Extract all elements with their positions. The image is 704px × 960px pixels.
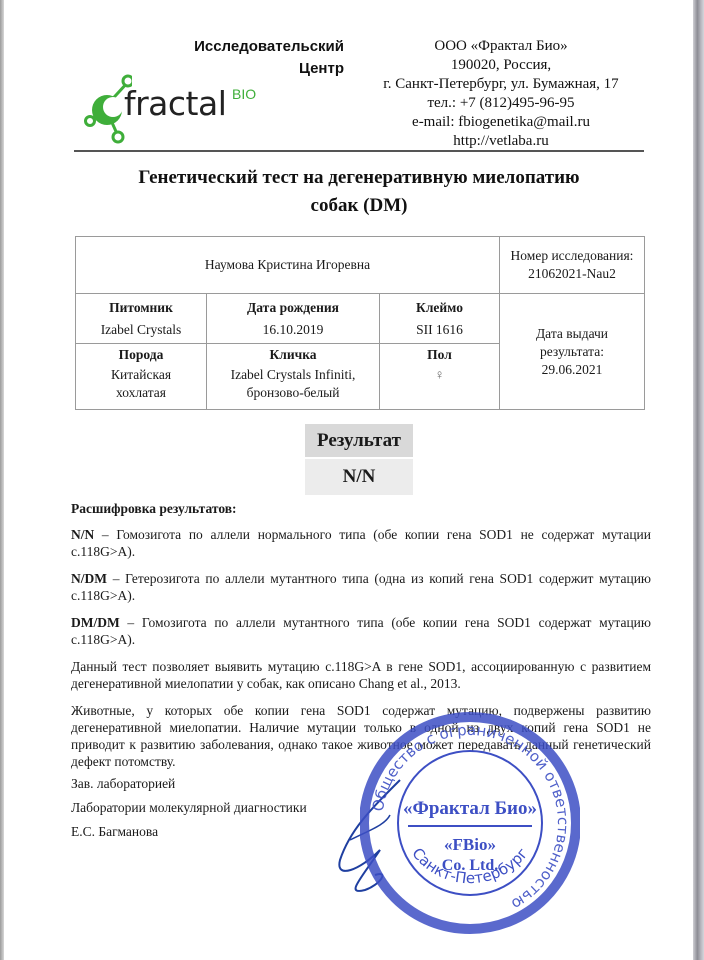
breed-cell: Порода Китайская хохлатая	[76, 344, 207, 410]
email: e-mail: fbiogenetika@mail.ru	[356, 113, 646, 132]
kennel-label: Питомник	[80, 299, 202, 317]
brand-cell: Клеймо SII 1616	[380, 294, 500, 344]
brand-label: Клеймо	[384, 299, 495, 317]
dog-name-cell: Кличка Izabel Crystals Infiniti, бронзов…	[207, 344, 380, 410]
kennel-cell: Питомник Izabel Crystals	[76, 294, 207, 344]
breed-label: Порода	[80, 346, 202, 364]
signature-block: Зав. лабораторией Лаборатории молекулярн…	[71, 772, 307, 844]
brand: SII 1616	[384, 321, 495, 339]
dog-name-label: Кличка	[211, 346, 375, 364]
female-symbol-icon: ♀	[384, 366, 495, 384]
genotype-code: DM/DM	[71, 615, 120, 630]
study-number-label: Номер исследования:	[504, 247, 640, 265]
info-table: Наумова Кристина Игоревна Номер исследов…	[75, 236, 645, 410]
dog-name: Izabel Crystals Infiniti, бронзово-белый	[218, 366, 368, 402]
logo-superscript: BIO	[232, 86, 256, 102]
issue-date-label: Дата выдачи результата:	[527, 325, 617, 361]
genotype-description: – Гомозигота по аллели нормального типа …	[71, 527, 651, 559]
result-box: Результат N/N	[305, 424, 413, 495]
kennel: Izabel Crystals	[80, 321, 202, 339]
company-stamp-icon: Общество с ограниченной ответственностью…	[360, 708, 580, 938]
logo-text: fractal	[124, 84, 226, 123]
title-line1: Генетический тест на дегенеративную миел…	[74, 164, 644, 192]
genotype-description: – Гетерозигота по аллели мутантного типа…	[71, 571, 651, 603]
owner-name: Наумова Кристина Игоревна	[205, 257, 370, 272]
svg-text:«FBio»: «FBio»	[444, 835, 496, 854]
fractal-bio-logo: fractal BIO	[84, 80, 284, 150]
dob: 16.10.2019	[211, 321, 375, 339]
signer-name: Е.С. Багманова	[71, 820, 307, 844]
test-description: Данный тест позволяет выявить мутацию c.…	[71, 658, 651, 692]
website: http://vetlaba.ru	[356, 132, 646, 151]
signer-department: Лаборатории молекулярной диагностики	[71, 796, 307, 820]
sex-cell: Пол ♀	[380, 344, 500, 410]
svg-text:«Фрактал Био»: «Фрактал Био»	[403, 798, 537, 819]
page-edge-left	[0, 0, 4, 960]
issue-date-cell: Дата выдачи результата: 29.06.2021	[500, 294, 645, 410]
interpretation-item: N/DM – Гетерозигота по аллели мутантного…	[71, 570, 651, 604]
postcode-country: 190020, Россия,	[356, 56, 646, 75]
breed: Китайская хохлатая	[101, 366, 181, 402]
header-divider	[74, 150, 644, 152]
lab-title-line2: Центр	[170, 58, 344, 80]
owner-cell: Наумова Кристина Игоревна	[76, 237, 500, 294]
scrollbar[interactable]	[693, 0, 704, 960]
genotype-description: – Гомозигота по аллели мутантного типа (…	[71, 615, 651, 647]
result-value: N/N	[305, 459, 413, 495]
phone: тел.: +7 (812)495-96-95	[356, 94, 646, 113]
signer-title: Зав. лабораторией	[71, 772, 307, 796]
dob-label: Дата рождения	[211, 299, 375, 317]
document-title: Генетический тест на дегенеративную миел…	[74, 164, 644, 220]
issue-date: 29.06.2021	[504, 361, 640, 379]
company-name: ООО «Фрактал Био»	[356, 37, 646, 56]
study-number: 21062021-Nau2	[504, 265, 640, 283]
title-line2: собак (DM)	[74, 192, 644, 220]
lab-title: Исследовательский Центр	[170, 36, 344, 80]
dob-cell: Дата рождения 16.10.2019	[207, 294, 380, 344]
street-address: г. Санкт-Петербург, ул. Бумажная, 17	[356, 75, 646, 94]
genotype-code: N/N	[71, 527, 94, 542]
interpretation-item: DM/DM – Гомозигота по аллели мутантного …	[71, 614, 651, 648]
interpretation-item: N/N – Гомозигота по аллели нормального т…	[71, 526, 651, 560]
interpretation-heading: Расшифровка результатов:	[71, 500, 651, 517]
result-label: Результат	[305, 424, 413, 457]
sex-label: Пол	[384, 346, 495, 364]
lab-title-line1: Исследовательский	[170, 36, 344, 58]
genotype-code: N/DM	[71, 571, 107, 586]
study-number-cell: Номер исследования: 21062021-Nau2	[500, 237, 645, 294]
company-address: ООО «Фрактал Био» 190020, Россия, г. Сан…	[356, 37, 646, 151]
